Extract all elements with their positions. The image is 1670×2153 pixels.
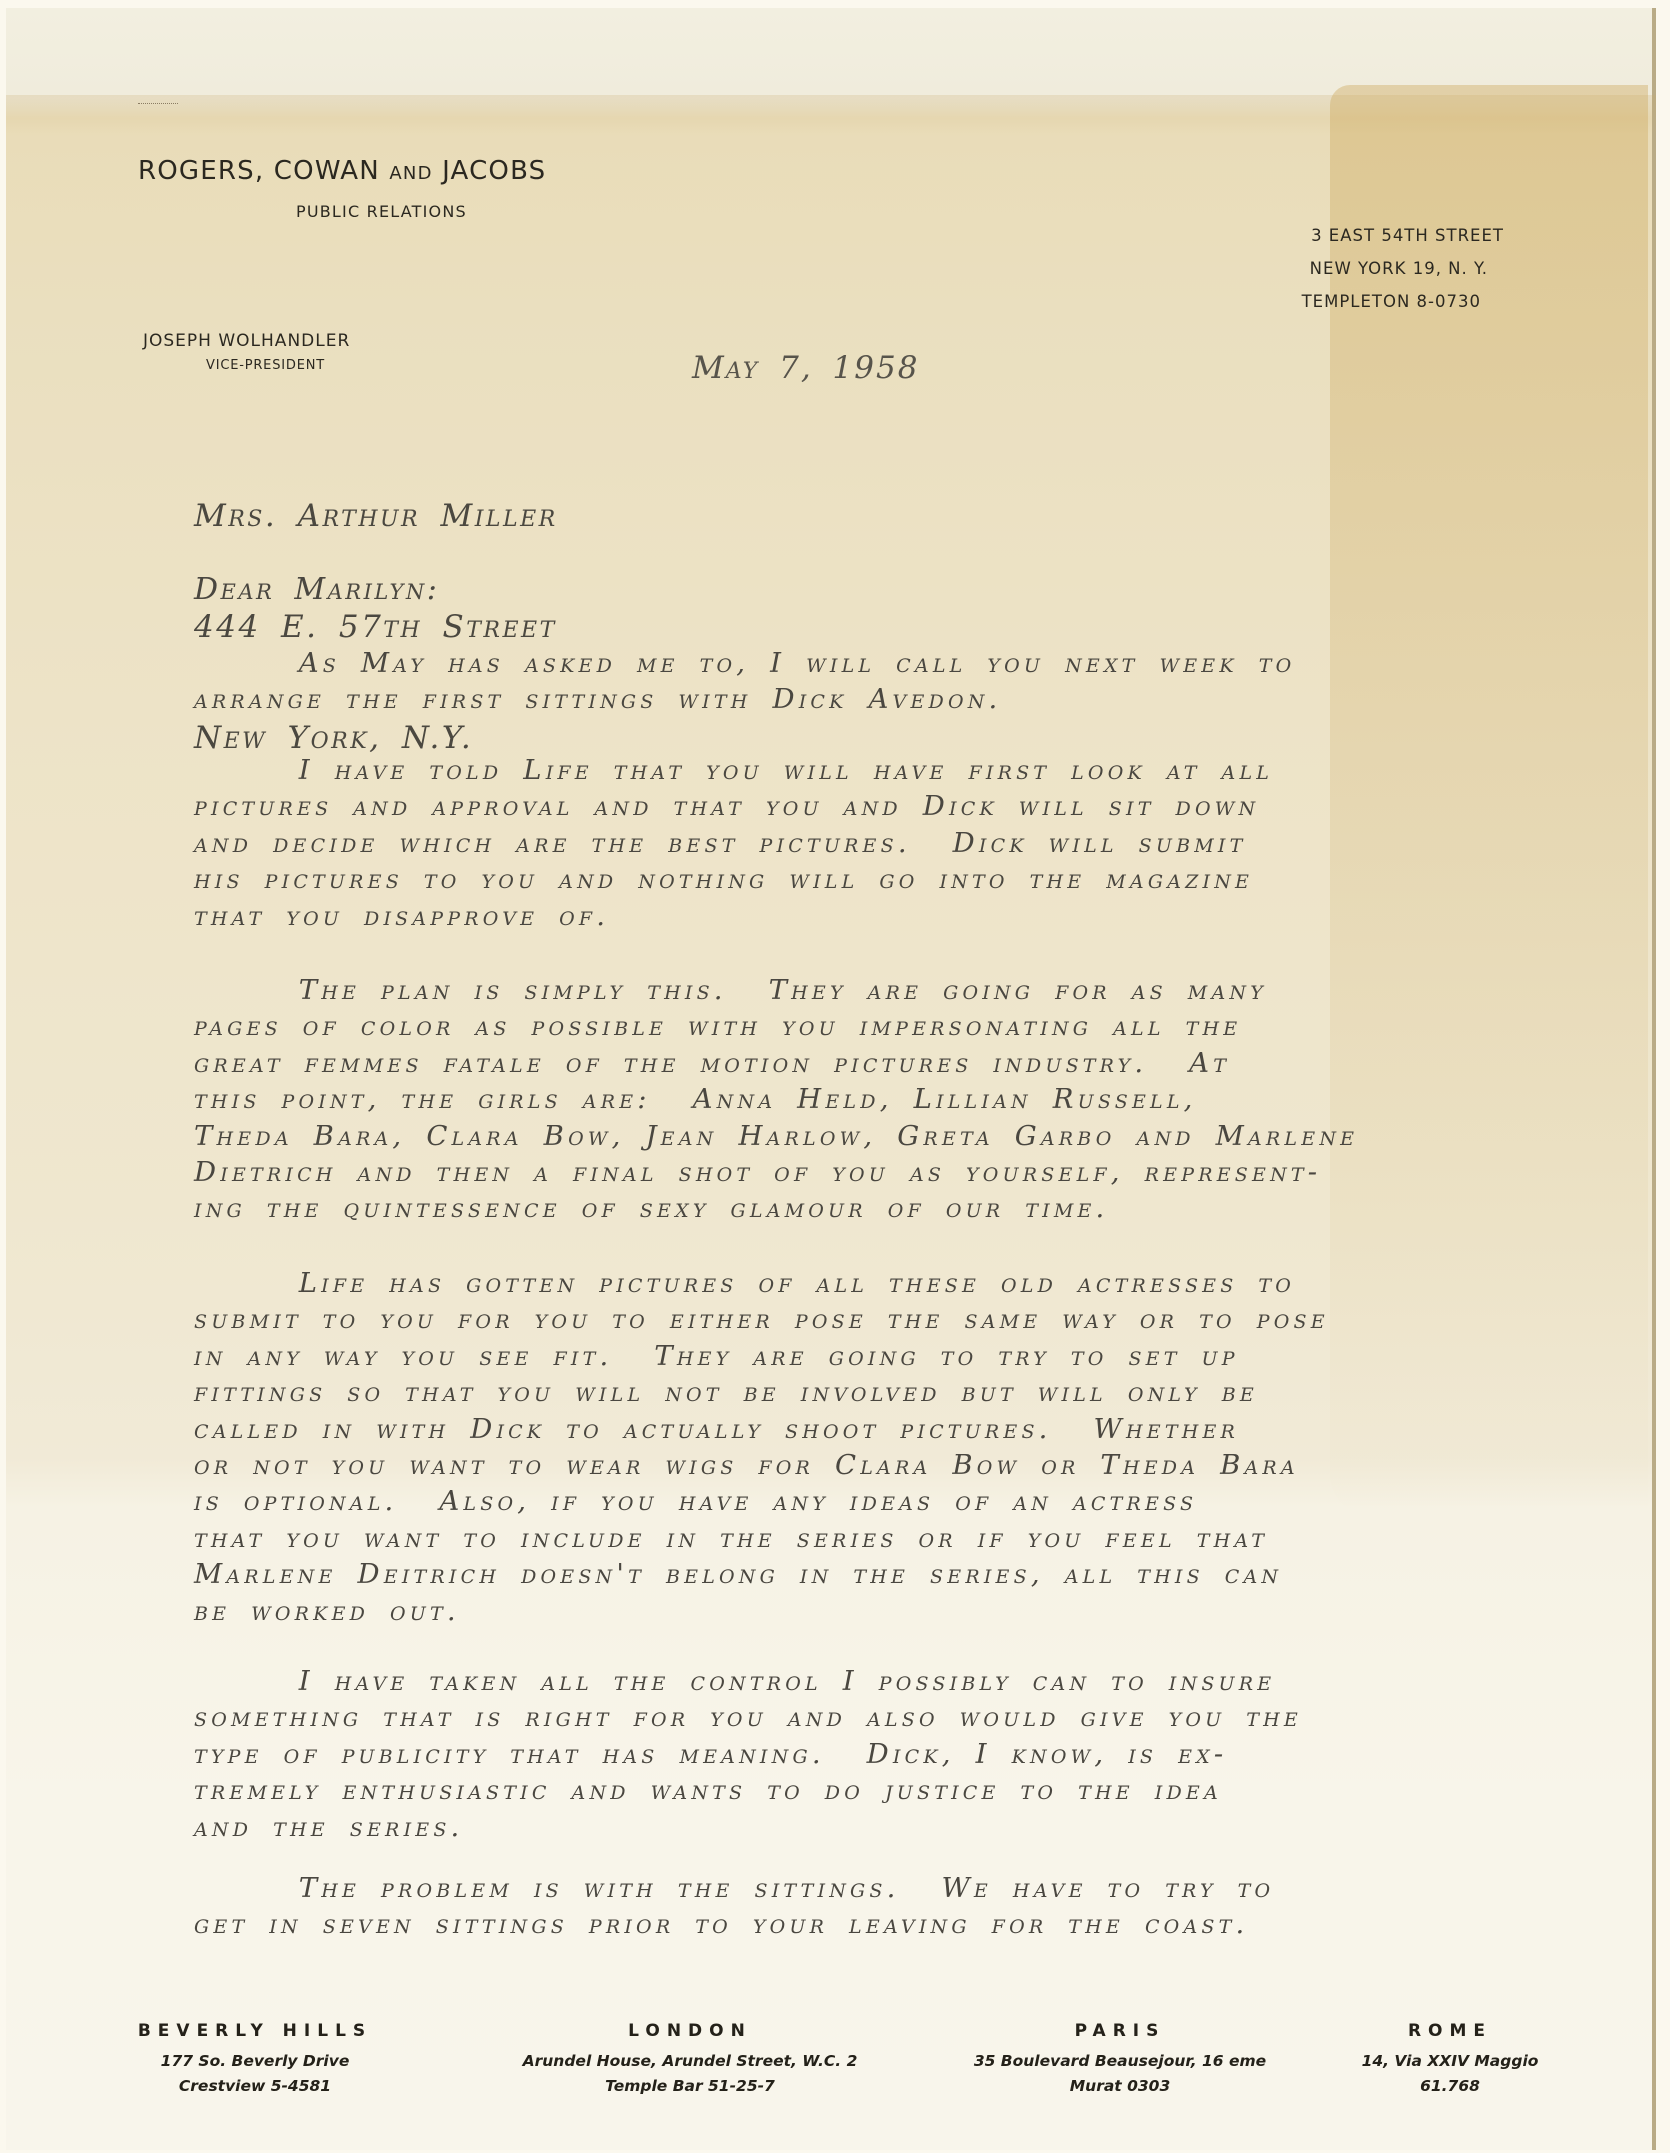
office-city: LONDON (505, 2021, 875, 2041)
body-line: or not you want to wear wigs for Clara B… (194, 1447, 1329, 1483)
office-rome: ROME 14, Via XXIV Maggio 61.768 (1330, 2021, 1570, 2099)
firm-address-street: 3 EAST 54TH STREET (1311, 226, 1504, 245)
recipient-street: 444 E. 57th Street (194, 609, 558, 646)
body-line: in any way you see fit. They are going t… (194, 1338, 1329, 1374)
body-paragraph: Life has gotten pictures of all these ol… (194, 1265, 1329, 1629)
office-paris: PARIS 35 Boulevard Beausejour, 16 eme Mu… (950, 2021, 1290, 2099)
body-line: that you want to include in the series o… (194, 1520, 1329, 1556)
office-london: LONDON Arundel House, Arundel Street, W.… (505, 2021, 875, 2099)
body-line: Theda Bara, Clara Bow, Jean Harlow, Gret… (194, 1118, 1358, 1154)
salutation: Dear Marilyn: (194, 572, 439, 607)
letter-date: May 7, 1958 (692, 350, 919, 386)
body-line: I have taken all the control I possibly … (194, 1663, 1302, 1699)
body-line: called in with Dick to actually shoot pi… (194, 1411, 1329, 1447)
letter-page: ROGERS, COWAN AND JACOBS PUBLIC RELATION… (0, 0, 1670, 2153)
firm-name-part1: ROGERS, COWAN (138, 156, 389, 186)
office-beverly-hills: BEVERLY HILLS 177 So. Beverly Drive Cres… (130, 2021, 380, 2099)
body-line: Marlene Deitrich doesn't belong in the s… (194, 1556, 1329, 1592)
body-line: Life has gotten pictures of all these ol… (194, 1265, 1329, 1301)
firm-address-city: NEW YORK 19, N. Y. (1310, 259, 1488, 278)
body-line: submit to you for you to either pose the… (194, 1301, 1329, 1337)
body-line: and decide which are the best pictures. … (194, 825, 1273, 861)
firm-name-and: AND (389, 163, 432, 184)
body-line: that you disapprove of. (194, 898, 1273, 934)
office-phone: Crestview 5-4581 (130, 2074, 380, 2099)
body-paragraph: The plan is simply this. They are going … (194, 972, 1358, 1227)
body-line: The problem is with the sittings. We hav… (194, 1870, 1274, 1906)
body-line: I have told Life that you will have firs… (194, 752, 1273, 788)
body-line: this point, the girls are: Anna Held, Li… (194, 1081, 1358, 1117)
body-line: get in seven sittings prior to your leav… (194, 1906, 1274, 1942)
body-line: The plan is simply this. They are going … (194, 972, 1358, 1008)
body-line: pages of color as possible with you impe… (194, 1008, 1358, 1044)
body-paragraph: I have taken all the control I possibly … (194, 1663, 1302, 1845)
body-line: and the series. (194, 1809, 1302, 1845)
body-line: fittings so that you will not be involve… (194, 1374, 1329, 1410)
body-line: As May has asked me to, I will call you … (194, 645, 1295, 681)
office-address: 35 Boulevard Beausejour, 16 eme (950, 2049, 1290, 2074)
office-city: ROME (1330, 2021, 1570, 2041)
firm-name: ROGERS, COWAN AND JACOBS (138, 156, 546, 186)
firm-name-part2: JACOBS (433, 156, 547, 186)
body-paragraph: The problem is with the sittings. We hav… (194, 1870, 1274, 1943)
recipient-name: Mrs. Arthur Miller (194, 498, 558, 535)
body-line: is optional. Also, if you have any ideas… (194, 1483, 1329, 1519)
office-address: 177 So. Beverly Drive (130, 2049, 380, 2074)
firm-phone: TEMPLETON 8-0730 (1302, 292, 1481, 311)
body-line: be worked out. (194, 1593, 1329, 1629)
body-line: tremely enthusiastic and wants to do jus… (194, 1772, 1302, 1808)
office-city: BEVERLY HILLS (130, 2021, 380, 2041)
office-phone: 61.768 (1330, 2074, 1570, 2099)
body-line: his pictures to you and nothing will go … (194, 861, 1273, 897)
firm-department: PUBLIC RELATIONS (296, 202, 467, 221)
body-line: great femmes fatale of the motion pictur… (194, 1045, 1358, 1081)
office-address: 14, Via XXIV Maggio (1330, 2049, 1570, 2074)
executive-name: JOSEPH WOLHANDLER (143, 331, 350, 351)
office-phone: Temple Bar 51-25-7 (505, 2074, 875, 2099)
body-line: pictures and approval and that you and D… (194, 788, 1273, 824)
office-city: PARIS (950, 2021, 1290, 2041)
body-line: something that is right for you and also… (194, 1699, 1302, 1735)
body-line: type of publicity that has meaning. Dick… (194, 1736, 1302, 1772)
pencil-mark (138, 103, 178, 107)
body-line: ing the quintessence of sexy glamour of … (194, 1190, 1358, 1226)
executive-title: VICE-PRESIDENT (206, 358, 325, 373)
office-phone: Murat 0303 (950, 2074, 1290, 2099)
body-paragraph: As May has asked me to, I will call you … (194, 645, 1295, 718)
office-address: Arundel House, Arundel Street, W.C. 2 (505, 2049, 875, 2074)
body-line: arrange the first sittings with Dick Ave… (194, 681, 1295, 717)
body-line: Dietrich and then a final shot of you as… (194, 1154, 1358, 1190)
body-paragraph: I have told Life that you will have firs… (194, 752, 1273, 934)
